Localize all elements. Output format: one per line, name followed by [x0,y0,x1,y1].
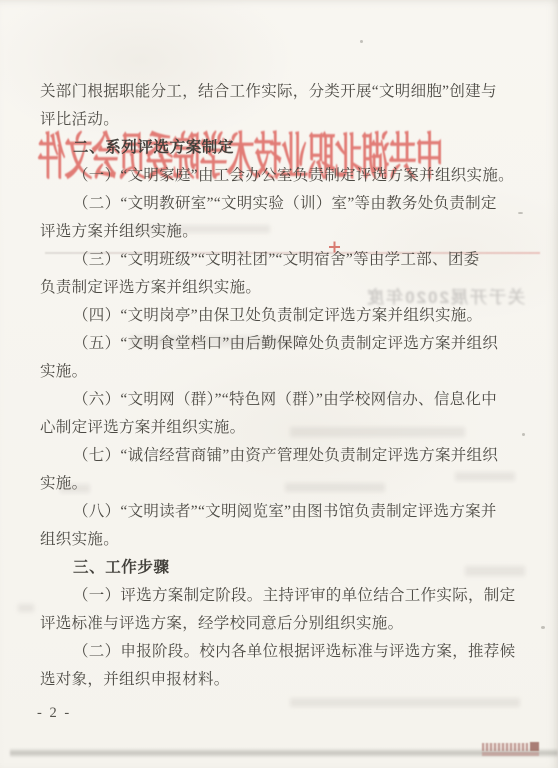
body-line: 评选方案并组织实施。 [40,218,545,246]
document-body: 关部门根据职能分工，结合工作实际，分类开展“文明细胞”创建与评比活动。二、系列评… [40,78,545,694]
scan-shadow-line [10,748,558,757]
body-line: （六）“文明网（群）”“特色网（群）”由学校网信办、信息化中 [40,386,545,414]
body-line: （四）“文明岗亭”由保卫处负责制定评选方案并组织实施。 [40,302,545,330]
body-line: 实施。 [40,358,545,386]
body-line: 评选标准与评选方案，经学校同意后分别组织实施。 [40,610,545,638]
body-line: （八）“文明读者”“文明阅览室”由图书馆负责制定评选方案并 [40,498,545,526]
body-line: 关部门根据职能分工，结合工作实际，分类开展“文明细胞”创建与 [40,78,545,106]
scan-speck [360,40,363,43]
body-line: 组织实施。 [40,526,545,554]
scanned-document-page: 中共湖北职业技术学院委员会文件 关于开展2020年度 关部门根据职能分工，结合工… [0,0,558,768]
body-line: 实施。 [40,470,545,498]
watermark-text-strip [482,743,528,751]
body-line: （一）评选方案制定阶段。主持评审的单位结合工作实际，制定 [40,582,545,610]
watermark-row [482,742,546,751]
body-line: （七）“诚信经营商铺”由资产管理处负责制定评选方案并组织 [40,442,545,470]
corner-watermark [482,742,546,758]
section-heading: 二、系列评选方案制定 [40,134,545,162]
body-line: （三）“文明班级”“文明社团”“文明宿舍”等由学工部、团委 [40,246,545,274]
watermark-underline [482,752,539,756]
body-line: （一）“文明家庭”由工会办公室负责制定评选方案并组织实施。 [40,162,545,190]
body-line: （五）“文明食堂档口”由后勤保障处负责制定评选方案并组织 [40,330,545,358]
body-line: 负责制定评选方案并组织实施。 [40,274,545,302]
watermark-logo-box [530,742,539,751]
body-line: 评比活动。 [40,106,545,134]
body-line: 选对象，并组织申报材料。 [40,666,545,694]
body-line: 心制定评选方案并组织实施。 [40,414,545,442]
body-line: （二）“文明教研室”“文明实验（训）室”等由教务处负责制定 [40,190,545,218]
body-line: （二）申报阶段。校内各单位根据评选标准与评选方案，推荐候 [40,638,545,666]
page-number: - 2 - [37,705,71,722]
bleed-smudge [290,698,520,707]
section-heading: 三、工作步骤 [40,554,545,582]
bleed-smudge [18,604,34,612]
